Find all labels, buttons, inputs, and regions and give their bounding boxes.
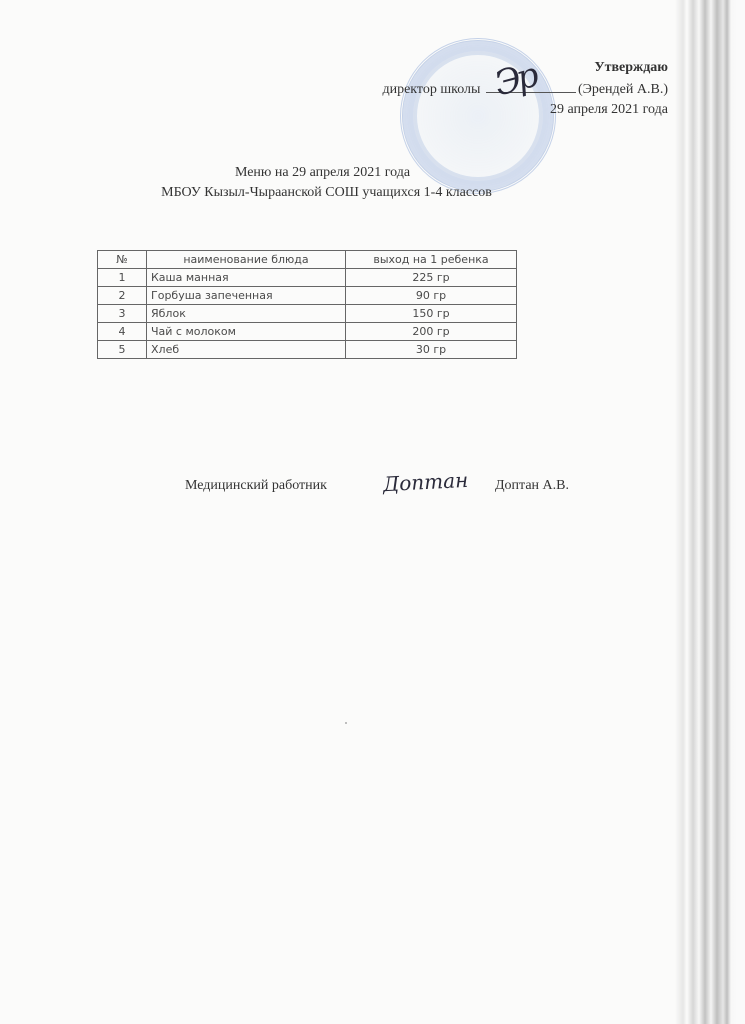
row-number: 1 bbox=[98, 269, 147, 287]
column-header-dish: наименование блюда bbox=[147, 251, 346, 269]
portion-amount: 90 гр bbox=[346, 287, 517, 305]
scanner-edge-artifact bbox=[675, 0, 745, 1024]
row-number: 2 bbox=[98, 287, 147, 305]
director-name: (Эрендей А.В.) bbox=[578, 82, 668, 97]
medic-role: Медицинский работник bbox=[185, 478, 327, 494]
menu-subtitle: МБОУ Кызыл-Чыраанской СОШ учащихся 1-4 к… bbox=[0, 183, 699, 203]
table-row: 2 Горбуша запеченная 90 гр bbox=[98, 287, 517, 305]
approval-title: Утверждаю bbox=[382, 58, 668, 78]
dish-name: Хлеб bbox=[147, 341, 346, 359]
portion-amount: 200 гр bbox=[346, 323, 517, 341]
approval-block: Утверждаю директор школы (Эрендей А.В.) … bbox=[382, 58, 668, 120]
dish-name: Горбуша запеченная bbox=[147, 287, 346, 305]
approval-signer-line: директор школы (Эрендей А.В.) bbox=[382, 78, 668, 100]
row-number: 5 bbox=[98, 341, 147, 359]
menu-table: № наименование блюда выход на 1 ребенка … bbox=[97, 250, 517, 359]
table-row: 1 Каша манная 225 гр bbox=[98, 269, 517, 287]
row-number: 4 bbox=[98, 323, 147, 341]
portion-amount: 150 гр bbox=[346, 305, 517, 323]
dish-name: Каша манная bbox=[147, 269, 346, 287]
column-header-number: № bbox=[98, 251, 147, 269]
table-row: 3 Яблок 150 гр bbox=[98, 305, 517, 323]
portion-amount: 30 гр bbox=[346, 341, 517, 359]
table-header-row: № наименование блюда выход на 1 ребенка bbox=[98, 251, 517, 269]
director-position: директор школы bbox=[382, 82, 480, 97]
signature-line bbox=[486, 78, 576, 93]
scan-speck bbox=[345, 722, 347, 724]
dish-name: Яблок bbox=[147, 305, 346, 323]
portion-amount: 225 гр bbox=[346, 269, 517, 287]
approval-date: 29 апреля 2021 года bbox=[382, 100, 668, 120]
column-header-portion: выход на 1 ребенка bbox=[346, 251, 517, 269]
document-page: Утверждаю директор школы (Эрендей А.В.) … bbox=[0, 0, 745, 1024]
table-row: 5 Хлеб 30 гр bbox=[98, 341, 517, 359]
row-number: 3 bbox=[98, 305, 147, 323]
medic-name: Доптан А.В. bbox=[495, 478, 569, 494]
dish-name: Чай с молоком bbox=[147, 323, 346, 341]
table-row: 4 Чай с молоком 200 гр bbox=[98, 323, 517, 341]
medic-signature: Доптан bbox=[382, 468, 468, 496]
menu-title: Меню на 29 апреля 2021 года bbox=[0, 163, 695, 183]
